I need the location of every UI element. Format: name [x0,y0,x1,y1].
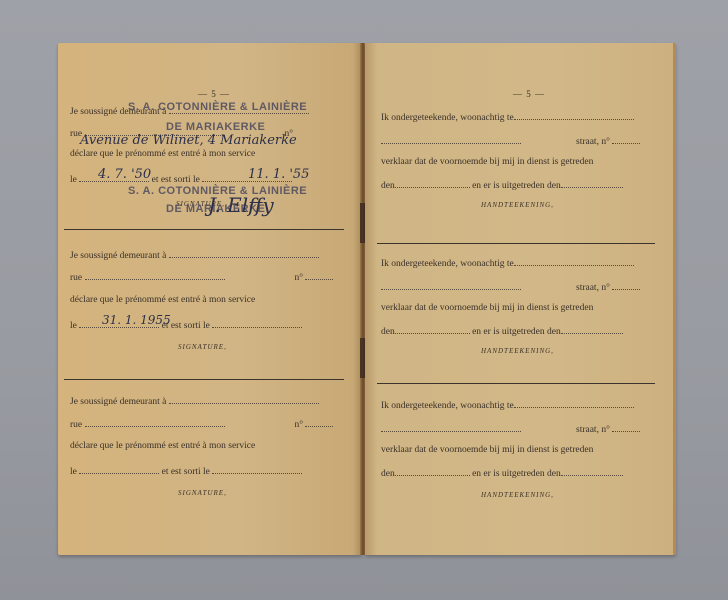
r-entry1-line3: verklaar dat de voornoemde bij mij in di… [381,157,593,167]
entry3-line1: Je soussigné demeurant à [70,395,319,407]
r-entry1-line2: straat, n° [381,135,640,147]
handwritten-address: Avenue de Wilinet, 4 Mariakerke [80,133,297,148]
divider [377,383,655,384]
r-entry2-line4: den en er is uitgetreden den [381,325,623,337]
r-entry3-line1: Ik ondergeteekende, woonachtig te [381,399,634,411]
page-number: — 5 — [198,89,230,99]
handwritten-entry-date-2: 31. 1. 1955 [102,313,171,327]
r-entry2-line3: verklaar dat de voornoemde bij mij in di… [381,303,593,313]
r-entry1-line4: den en er is uitgetreden den [381,179,623,191]
signature-label: SIGNATURE, [178,343,227,351]
entry2-line1: Je soussigné demeurant à [70,249,319,261]
company-stamp-line2: DE MARIAKERKE [166,121,265,133]
handwritten-entry-date: 4. 7. '50 [98,167,151,182]
r-entry3-line3: verklaar dat de voornoemde bij mij in di… [381,445,593,455]
entry3-line3: déclare que le prénommé est entré à mon … [70,441,255,451]
right-page: — 5 — Ik ondergeteekende, woonachtig te … [365,43,676,555]
r-entry2-line2: straat, n° [381,281,640,293]
signature-label: SIGNATURE, [178,489,227,497]
entry3-line4: le et est sorti le [70,465,302,477]
page-number: — 5 — [513,89,545,99]
signature-label: HANDTEEKENING, [481,491,554,499]
entry1-line3: déclare que le prénommé est entré à mon … [70,149,255,159]
r-entry1-line1: Ik ondergeteekende, woonachtig te [381,111,634,123]
signature-label: HANDTEEKENING, [481,347,554,355]
r-entry3-line4: den en er is uitgetreden den [381,467,623,479]
entry2-line2: rue n° [70,271,333,283]
signature-label: HANDTEEKENING, [481,201,554,209]
handwritten-exit-date: 11. 1. '55 [248,167,309,182]
divider [377,243,655,244]
signature-scrawl: J. Elffy [208,193,274,217]
divider [64,379,344,380]
entry2-line3: déclare que le prénommé est entré à mon … [70,295,255,305]
r-entry2-line1: Ik ondergeteekende, woonachtig te [381,257,634,269]
booklet: — 5 — Je soussigné demeurant à rue n° dé… [58,43,676,555]
company-stamp-line1: S. A. COTONNIÈRE & LAINIÈRE [128,101,307,113]
divider [64,229,344,230]
left-page: — 5 — Je soussigné demeurant à rue n° dé… [58,43,362,555]
entry3-line2: rue n° [70,418,333,430]
r-entry3-line2: straat, n° [381,423,640,435]
